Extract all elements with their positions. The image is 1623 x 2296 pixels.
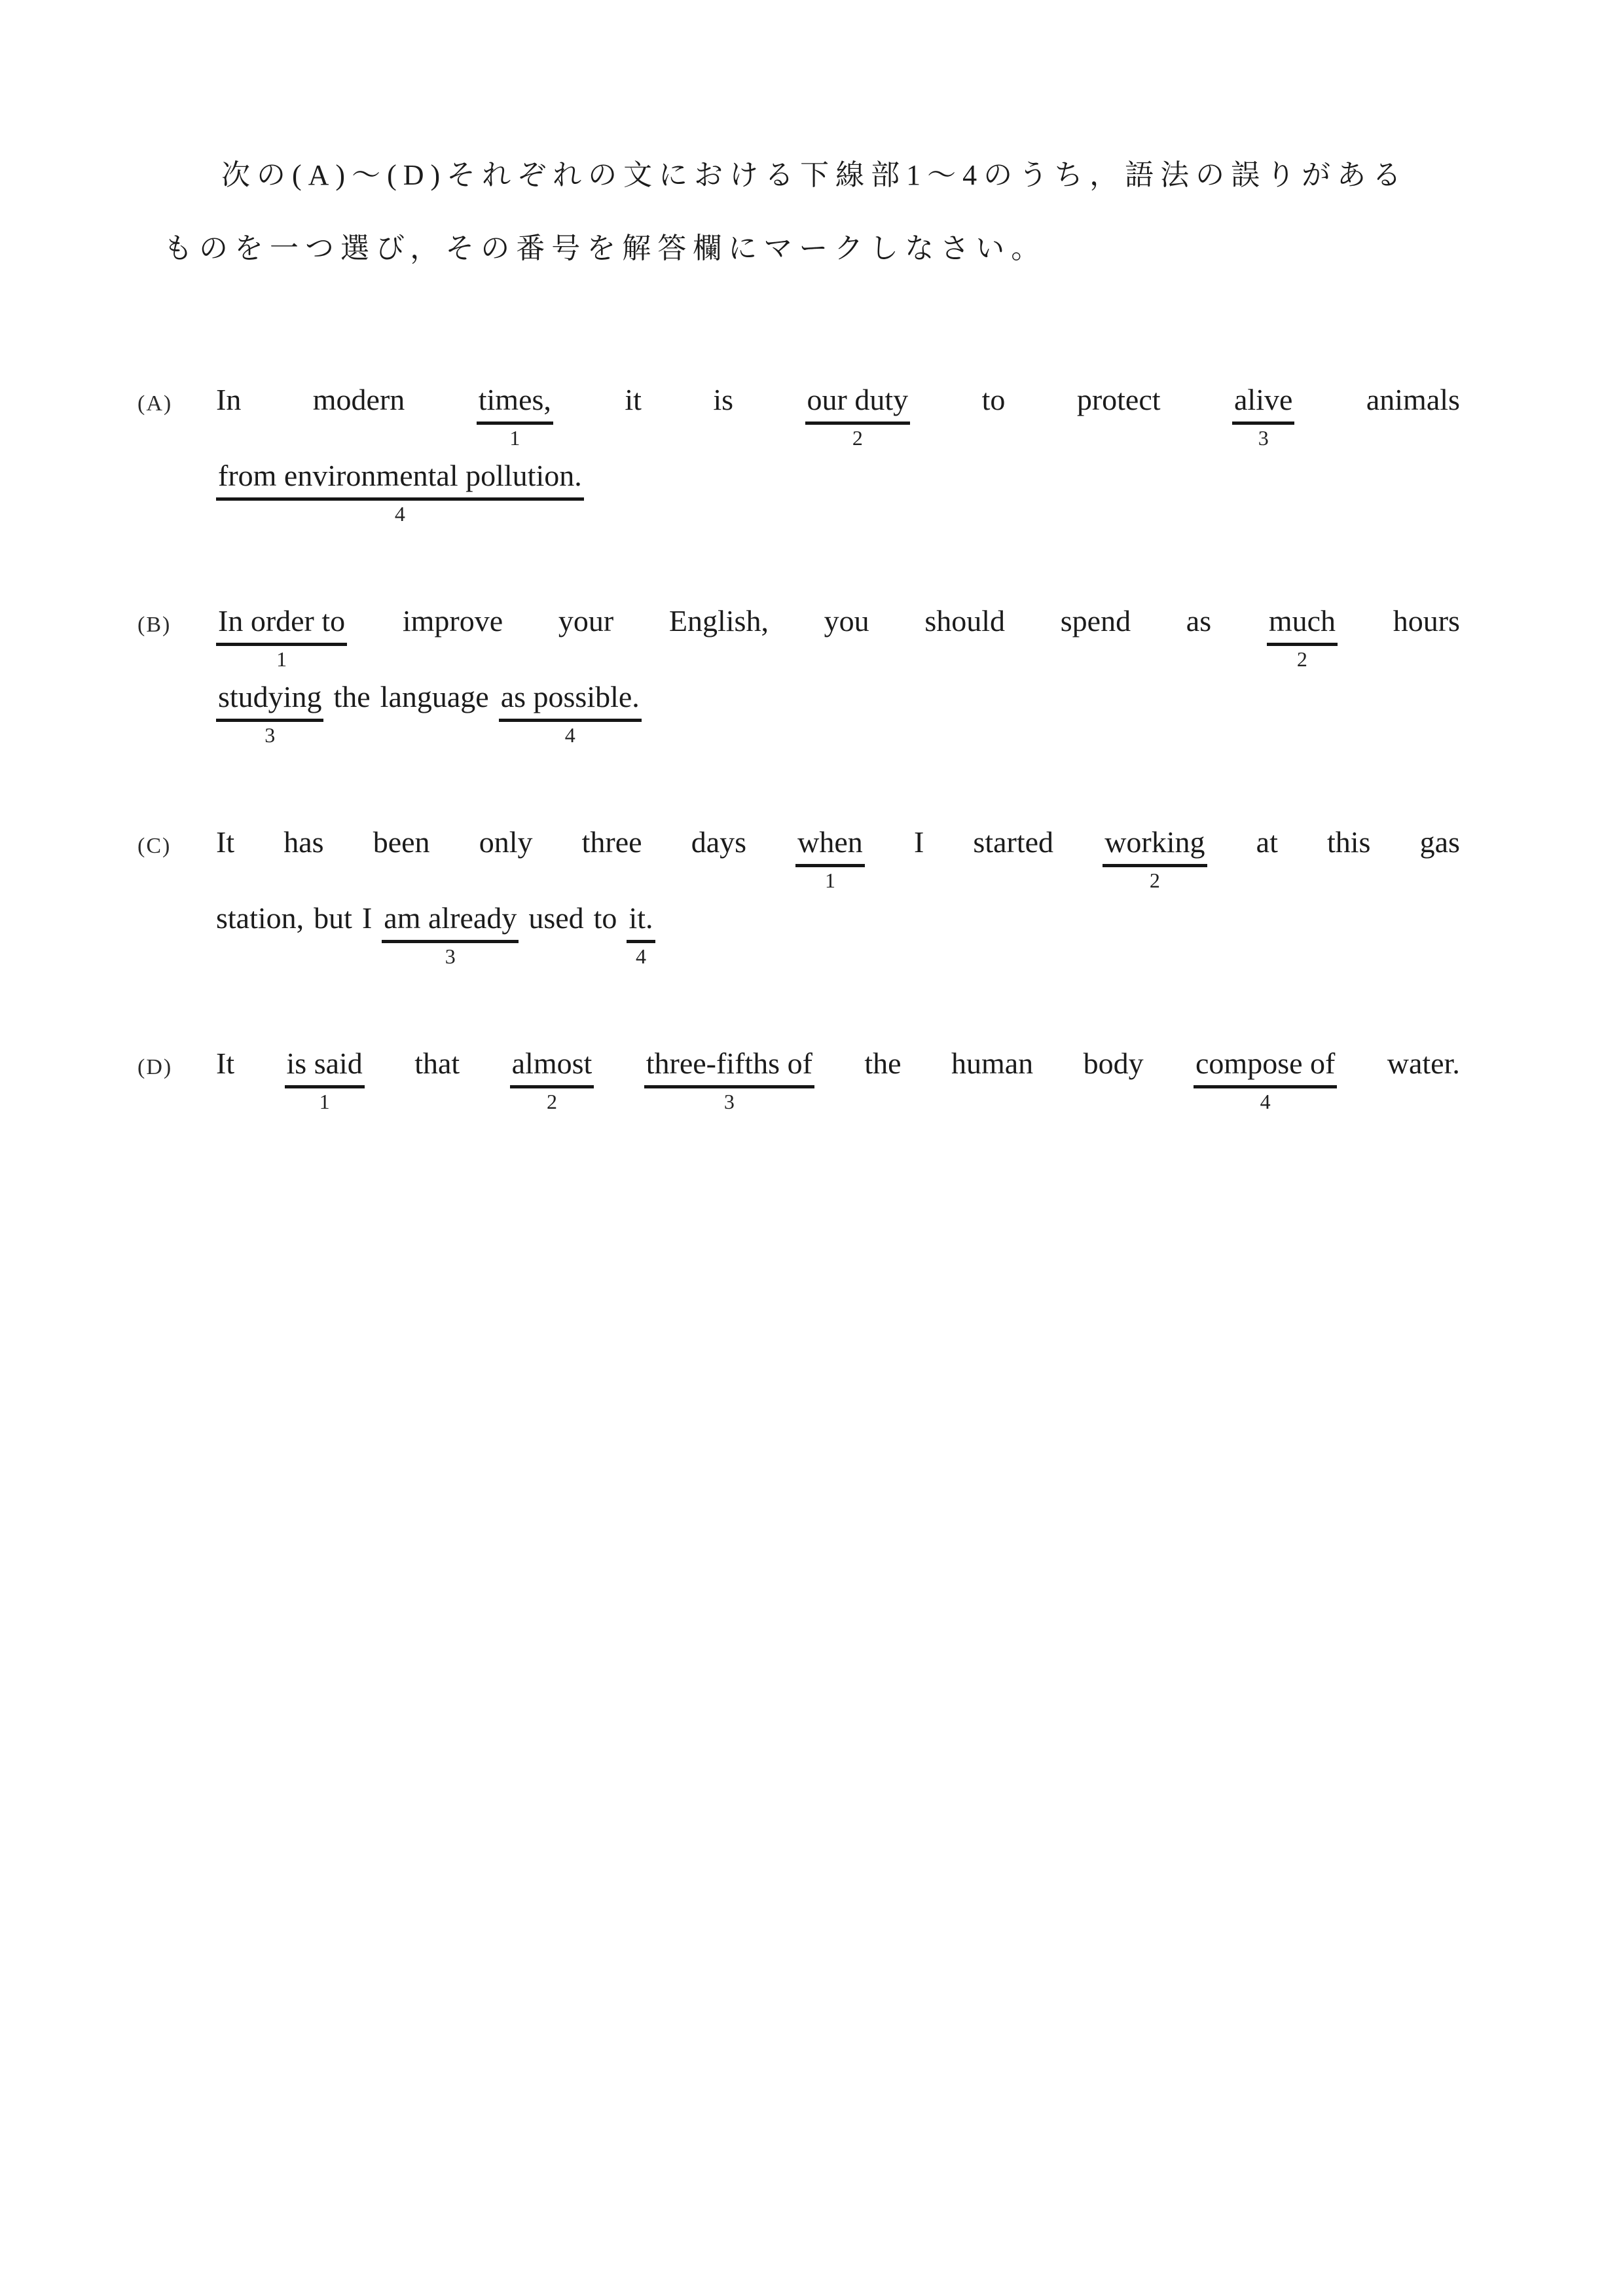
- word: used: [528, 901, 583, 935]
- word: protect: [1077, 382, 1161, 417]
- question-line: In order to1improveyourEnglish,youshould…: [216, 603, 1460, 644]
- segment-text: working: [1104, 825, 1205, 859]
- question-label: (D): [137, 1046, 216, 1122]
- underline-number: 2: [547, 1090, 557, 1114]
- segment-text: it.: [629, 901, 653, 935]
- segment-text: alive: [1234, 383, 1292, 416]
- word: animals: [1366, 382, 1460, 417]
- question-d: (D)Itis said1thatalmost2three-fifths of3…: [137, 1046, 1460, 1122]
- question-b: (B)In order to1improveyourEnglish,yousho…: [137, 603, 1460, 755]
- word: language: [380, 679, 489, 714]
- underline-number: 4: [1260, 1090, 1271, 1114]
- underline-number: 3: [1258, 426, 1269, 450]
- word: station,: [216, 901, 304, 935]
- word: the: [864, 1046, 901, 1081]
- underlined-segment: working2: [1103, 825, 1207, 867]
- word: hours: [1393, 603, 1460, 638]
- word: It: [216, 1046, 234, 1081]
- question-line: Itis said1thatalmost2three-fifths of3the…: [216, 1046, 1460, 1086]
- segment-text: studying: [218, 680, 321, 713]
- segment-text: our duty: [807, 383, 909, 416]
- question-body: Ithasbeenonlythreedayswhen1Istartedworki…: [216, 825, 1460, 977]
- underline-number: 4: [636, 944, 646, 969]
- underline-number: 2: [1297, 647, 1307, 672]
- instructions-line-2: ものを一つ選び，その番号を解答欄にマークしなさい。: [164, 212, 1460, 285]
- word: In: [216, 382, 241, 417]
- underlined-segment: alive3: [1232, 382, 1294, 425]
- underlined-segment: compose of4: [1194, 1046, 1337, 1088]
- word: but: [314, 901, 352, 935]
- underline-number: 1: [319, 1090, 330, 1114]
- underlined-segment: is said1: [285, 1046, 365, 1088]
- underline-number: 4: [395, 502, 405, 526]
- word: I: [362, 901, 372, 935]
- underlined-segment: almost2: [510, 1046, 594, 1088]
- underline-number: 3: [264, 723, 275, 747]
- underlined-segment: our duty2: [805, 382, 911, 425]
- underline-number: 1: [509, 426, 520, 450]
- question-line: studying3thelanguageas possible.4: [216, 679, 1460, 720]
- question-line: Ithasbeenonlythreedayswhen1Istartedworki…: [216, 825, 1460, 865]
- underlined-segment: In order to1: [216, 603, 347, 646]
- underline-number: 2: [1150, 869, 1160, 893]
- word: three: [582, 825, 642, 859]
- question-line: station,butIam already3usedtoit.4: [216, 901, 1460, 941]
- word: as: [1186, 603, 1211, 638]
- questions: (A)Inmoderntimes,1itisour duty2toprotect…: [137, 382, 1460, 1122]
- segment-text: much: [1269, 604, 1336, 637]
- underline-number: 4: [565, 723, 575, 747]
- underline-number: 3: [445, 944, 456, 969]
- word: body: [1084, 1046, 1144, 1081]
- segment-text: times,: [479, 383, 551, 416]
- underline-number: 1: [276, 647, 287, 672]
- question-body: In order to1improveyourEnglish,youshould…: [216, 603, 1460, 755]
- question-line: from environmental pollution.4: [216, 458, 1460, 499]
- question-a: (A)Inmoderntimes,1itisour duty2toprotect…: [137, 382, 1460, 534]
- word: water.: [1387, 1046, 1460, 1081]
- word: this: [1327, 825, 1370, 859]
- question-line: Inmoderntimes,1itisour duty2toprotectali…: [216, 382, 1460, 423]
- question-body: Inmoderntimes,1itisour duty2toprotectali…: [216, 382, 1460, 534]
- segment-text: almost: [512, 1047, 593, 1080]
- word: spend: [1061, 603, 1131, 638]
- underlined-segment: times,1: [477, 382, 553, 425]
- segment-text: as possible.: [501, 680, 640, 713]
- segment-text: am already: [384, 901, 517, 935]
- underlined-segment: it.4: [627, 901, 655, 943]
- word: your: [558, 603, 613, 638]
- instructions-line-1: 次の(A)～(D)それぞれの文における下線部1～4のうち，語法の誤りがある: [164, 139, 1460, 212]
- instructions: 次の(A)～(D)それぞれの文における下線部1～4のうち，語法の誤りがある もの…: [164, 139, 1460, 285]
- segment-text: when: [797, 825, 863, 859]
- word: that: [414, 1046, 460, 1081]
- underline-number: 1: [825, 869, 835, 893]
- word: to: [982, 382, 1006, 417]
- word: started: [973, 825, 1053, 859]
- word: the: [333, 679, 370, 714]
- question-c: (C)Ithasbeenonlythreedayswhen1Istartedwo…: [137, 825, 1460, 977]
- word: has: [283, 825, 323, 859]
- underlined-segment: as possible.4: [499, 679, 642, 722]
- underlined-segment: much2: [1267, 603, 1338, 646]
- question-label: (A): [137, 382, 216, 534]
- word: it: [625, 382, 642, 417]
- underlined-segment: when1: [795, 825, 865, 867]
- word: been: [373, 825, 430, 859]
- word: improve: [403, 603, 503, 638]
- segment-text: from environmental pollution.: [218, 459, 582, 492]
- exam-page: 次の(A)～(D)それぞれの文における下線部1～4のうち，語法の誤りがある もの…: [0, 0, 1623, 2296]
- word: at: [1256, 825, 1278, 859]
- underlined-segment: three-fifths of3: [644, 1046, 814, 1088]
- underlined-segment: studying3: [216, 679, 323, 722]
- word: days: [691, 825, 746, 859]
- underline-number: 2: [852, 426, 863, 450]
- word: only: [479, 825, 533, 859]
- segment-text: three-fifths of: [646, 1047, 812, 1080]
- question-label: (C): [137, 825, 216, 977]
- underline-number: 3: [724, 1090, 735, 1114]
- word: I: [914, 825, 924, 859]
- underlined-segment: from environmental pollution.4: [216, 458, 584, 501]
- word: should: [924, 603, 1005, 638]
- word: modern: [313, 382, 405, 417]
- word: It: [216, 825, 234, 859]
- word: is: [713, 382, 733, 417]
- segment-text: is said: [287, 1047, 363, 1080]
- word: you: [824, 603, 869, 638]
- segment-text: compose of: [1195, 1047, 1335, 1080]
- question-body: Itis said1thatalmost2three-fifths of3the…: [216, 1046, 1460, 1122]
- segment-text: In order to: [218, 604, 345, 637]
- underlined-segment: am already3: [382, 901, 519, 943]
- word: English,: [669, 603, 769, 638]
- word: to: [594, 901, 617, 935]
- word: human: [951, 1046, 1033, 1081]
- question-label: (B): [137, 603, 216, 755]
- word: gas: [1420, 825, 1460, 859]
